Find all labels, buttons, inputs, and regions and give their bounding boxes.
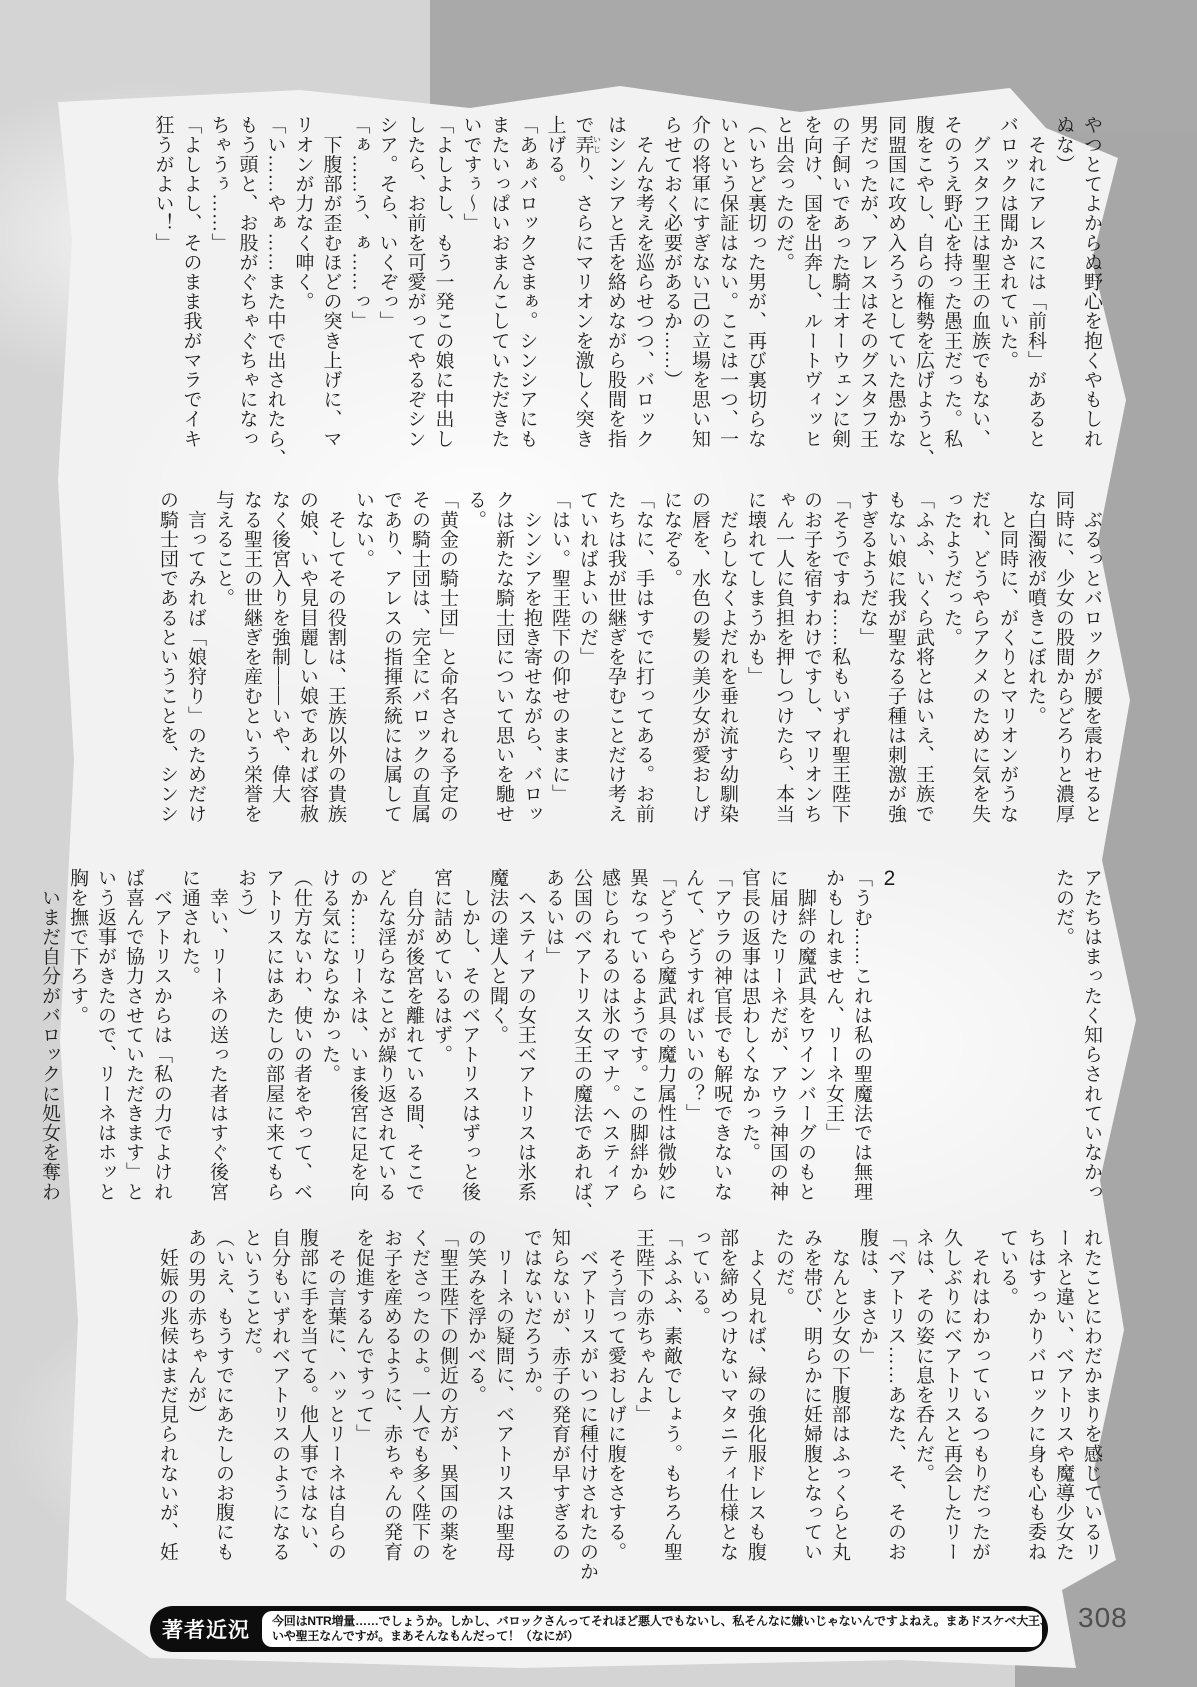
- text-column: に壊れてしまうかも」: [741, 490, 769, 846]
- text-column: ヘスティアの女王ベアトリスは氷系: [511, 868, 539, 1224]
- text-column: またいっぱいおまんこしていただきた: [485, 115, 513, 471]
- text-column: だれ、どうやらアクメのために気を失: [965, 490, 993, 846]
- text-column: そんな考えを巡らせつつ、バロック: [629, 115, 657, 471]
- text-column: その言葉に、ハッとリーネは自らの: [321, 1228, 349, 1584]
- text-column: リオンが力なく呻く。: [289, 115, 317, 471]
- text-column: お子を産めるように、赤ちゃんの発育: [377, 1228, 405, 1584]
- text-column: ベアトリスがいつに種付けされたのか: [573, 1228, 601, 1584]
- text-column: の騎士団であるということを、シンシ: [153, 490, 181, 846]
- text-column: 異なっているようです。この脚絆から: [623, 868, 651, 1224]
- text-column: アたちはまったく知らされていなかっ: [1077, 868, 1105, 1224]
- author-note-box: 著者近況 今回はNTR増量……でしょうか。しかし、バロックさんってそれほど悪人で…: [150, 1606, 1048, 1652]
- text-column: あるいは」: [539, 868, 567, 1224]
- author-note-text-line2: いや聖王なんですが。まあそんなもんだって！（なにが）: [272, 1629, 1032, 1644]
- text-column: ちはすっかりバロックに身も心も委ね: [1021, 1228, 1049, 1584]
- text-column: 「どうやら魔武具の魔力属性は微妙に: [651, 868, 679, 1224]
- text-column: 同盟国に攻め入ろうとしていた愚かな: [881, 115, 909, 471]
- text-column: のお子を宿すわけですし、マリオンち: [797, 490, 825, 846]
- text-column: ネは、その姿に息を呑んだ。: [909, 1228, 937, 1584]
- text-column: の唇を、水色の髪の美少女が愛おしげ: [685, 490, 713, 846]
- text-column: 幸い、リーネの送った者はすぐ後宮: [203, 868, 231, 1224]
- text-column: 王陛下の赤ちゃんよ」: [629, 1228, 657, 1584]
- text-column: ぬな）: [1049, 115, 1077, 471]
- text-column: リーネの疑問に、ベアトリスは聖母: [489, 1228, 517, 1584]
- text-column: かもしれません、リーネ女王」: [819, 868, 847, 1224]
- text-column: 言ってみれば「娘狩り」のためだけ: [181, 490, 209, 846]
- text-column: いない。: [349, 490, 377, 846]
- text-column: 「アウラの神官長でも解呪できないな: [707, 868, 735, 1224]
- text-column: 「い……やぁ……また中で出されたら、: [261, 115, 289, 471]
- text-column: ベアトリスからは「私の力でよけれ: [147, 868, 175, 1224]
- text-column: の娘、いや見目麗しい娘であれば容赦: [293, 490, 321, 846]
- text-column: と同時に、がくりとマリオンがうな: [993, 490, 1021, 846]
- text-column: の笑みを浮かべる。: [461, 1228, 489, 1584]
- text-column: を促進するんですって」: [349, 1228, 377, 1584]
- text-column: 与えること。: [209, 490, 237, 846]
- text-column: 「そうですね……私もいずれ聖王陛下: [825, 490, 853, 846]
- text-column: それはわかっているつもりだったが: [965, 1228, 993, 1584]
- text-column: 自分もいずれベアトリスのようになる: [265, 1228, 293, 1584]
- text-column: 胸を撫で下ろす。: [63, 868, 91, 1224]
- text-column: （いちど裏切った男が、再び裏切らな: [741, 115, 769, 471]
- text-column: と出会ったのだ。: [769, 115, 797, 471]
- text-band-2: ぶるっとバロックが腰を震わせると同時に、少女の股間からどろりと濃厚な白濁液が噴き…: [153, 490, 1105, 846]
- text-column: ちゃうぅ……」: [205, 115, 233, 471]
- text-column: シンシアを抱き寄せながら、バロッ: [517, 490, 545, 846]
- text-column: で弄いじり、さらにマリオンを激しく突き: [569, 115, 602, 471]
- text-column: 下腹部が歪むほどの突き上げに、マ: [317, 115, 345, 471]
- text-column: いう返事がきたので、リーネはホッと: [91, 868, 119, 1224]
- text-column: 「ふふ、いくら武将とはいえ、王族で: [909, 490, 937, 846]
- text-column: 脚絆の魔武具をワインバーグのもと: [791, 868, 819, 1224]
- text-column: らせておく必要があるか……）: [657, 115, 685, 471]
- text-column: くださったのよ。一人でも多く陛下の: [405, 1228, 433, 1584]
- text-column: だらしなくよだれを垂れ流す幼馴染: [713, 490, 741, 846]
- text-column: もない娘に我が聖なる子種は刺激が強: [881, 490, 909, 846]
- text-column: みを帯び、明らかに妊婦腹となってい: [797, 1228, 825, 1584]
- text-column: 狂うがよい！」: [149, 115, 177, 471]
- text-column: いまだ自分がバロックに処女を奪わ: [35, 868, 63, 1224]
- text-column: の子飼いであった騎士オーウェンに剣: [825, 115, 853, 471]
- text-column: 久しぶりにベアトリスと再会したリー: [937, 1228, 965, 1584]
- text-column: 「うむ……これは私の聖魔法では無理: [847, 868, 875, 1224]
- text-column: 宮に詰めているはず。: [427, 868, 455, 1224]
- text-column: はシンシアと舌を絡めながら股間を指: [601, 115, 629, 471]
- text-column: アトリスにはあたしの部屋に来てもら: [259, 868, 287, 1224]
- text-column: ーネと違い、ベアトリスや魔導少女た: [1049, 1228, 1077, 1584]
- text-column: 「はい。聖王陛下の仰せのままに」: [545, 490, 573, 846]
- text-column: あの男の赤ちゃんが）: [181, 1228, 209, 1584]
- text-column: どんな淫らなことが繰り返されている: [371, 868, 399, 1224]
- text-column: しかし、そのベアトリスはずっと後: [455, 868, 483, 1224]
- text-column: たのだ。: [769, 1228, 797, 1584]
- text-column: 官長の返事は思わしくなかった。: [735, 868, 763, 1224]
- text-column: になぞる。: [657, 490, 685, 846]
- text-column: バロックは聞かされていた。: [993, 115, 1021, 471]
- text-column: れたことにわだかまりを感じているリ: [1077, 1228, 1105, 1584]
- text-column: 腹をこやし、自らの権勢を広げようと、: [909, 115, 937, 471]
- section-number: 2: [875, 868, 1049, 1224]
- author-note-body: 今回はNTR増量……でしょうか。しかし、バロックさんってそれほど悪人でもないし、…: [262, 1611, 1042, 1647]
- text-column: に届けたリーネだが、アウラ神国の神: [763, 868, 791, 1224]
- text-column: 妊娠の兆候はまだ見られないが、妊: [153, 1228, 181, 1584]
- text-column: その騎士団は、完全にバロックの直属: [405, 490, 433, 846]
- text-column: やつとてよからぬ野心を抱くやもしれ: [1077, 115, 1105, 471]
- text-column: を向け、国を出奔し、ルートヴィッヒ: [797, 115, 825, 471]
- text-column: ている。: [993, 1228, 1021, 1584]
- text-column: そのうえ野心を持った愚王だった。私: [937, 115, 965, 471]
- text-column: おう）: [231, 868, 259, 1224]
- text-column: もう頭と、お股がぐちゃぐちゃになっ: [233, 115, 261, 471]
- text-column: ていればよいのだ」: [573, 490, 601, 846]
- text-column: に通された。: [175, 868, 203, 1224]
- text-column: っている。: [685, 1228, 713, 1584]
- text-column: 魔法の達人と聞く。: [483, 868, 511, 1224]
- text-column: そしてその役割は、王族以外の貴族: [321, 490, 349, 846]
- text-column: ではないだろうか。: [517, 1228, 545, 1584]
- text-column: それにアレスには「前科」があると: [1021, 115, 1049, 471]
- text-column: 同時に、少女の股間からどろりと濃厚: [1049, 490, 1077, 846]
- text-column: 上げる。: [541, 115, 569, 471]
- text-column: 知らないが、赤子の発育が早すぎるの: [545, 1228, 573, 1584]
- text-column: ゃん一人に負担を押しつけたら、本当: [769, 490, 797, 846]
- text-column: 「あぁバロックさまぁ。シンシアにも: [513, 115, 541, 471]
- text-column: いという保証はない。ここは一つ、一: [713, 115, 741, 471]
- text-column: 介の将軍にすぎない己の立場を思い知: [685, 115, 713, 471]
- author-note-text-line1: 今回はNTR増量……でしょうか。しかし、バロックさんってそれほど悪人でもないし、…: [272, 1614, 1032, 1629]
- text-column: シア。そら、いくぞっ」: [373, 115, 401, 471]
- text-column: たちは我が世継ぎを孕むことだけ考え: [601, 490, 629, 846]
- author-note-label: 著者近況: [150, 1614, 262, 1644]
- text-column: であり、アレスの指揮系統には属して: [377, 490, 405, 846]
- text-column: 「ぁ……う、ぁ……っ」: [345, 115, 373, 471]
- text-column: なる聖王の世継ぎを産むという栄誉を: [237, 490, 265, 846]
- text-column: 「ふふふ、素敵でしょう。もちろん聖: [657, 1228, 685, 1584]
- text-column: ば喜んで協力させていただきます」と: [119, 868, 147, 1224]
- text-column: 部を締めつけないマタニティ仕様とな: [713, 1228, 741, 1584]
- text-column: 「聖王陛下の側近の方が、異国の薬を: [433, 1228, 461, 1584]
- text-column: （仕方ないわ、使いの者をやって、ベ: [287, 868, 315, 1224]
- text-column: ぶるっとバロックが腰を震わせると: [1077, 490, 1105, 846]
- text-column: ということだ。: [237, 1228, 265, 1584]
- text-column: んて、どうすればいいの？」: [679, 868, 707, 1224]
- text-column: 自分が後宮を離れている間、そこで: [399, 868, 427, 1224]
- text-column: 「よしよし、そのまま我がマラでイキ: [177, 115, 205, 471]
- page-number: 308: [1078, 1602, 1128, 1634]
- text-column: 「ベアトリス……あなた、そ、そのお: [881, 1228, 909, 1584]
- text-band-1: やつとてよからぬ野心を抱くやもしれぬな） それにアレスには「前科」があるとバロッ…: [149, 115, 1106, 471]
- text-column: よく見れば、緑の強化服ドレスも腹: [741, 1228, 769, 1584]
- text-band-4: れたことにわだかまりを感じているリーネと違い、ベアトリスや魔導少女たちはすっかり…: [153, 1228, 1105, 1584]
- text-column: る。: [461, 490, 489, 846]
- text-column: ける気にならなかった。: [315, 868, 343, 1224]
- text-column: 腹は、まさか」: [853, 1228, 881, 1584]
- text-column: たのだ。: [1049, 868, 1077, 1224]
- text-column: 公国のベアトリス女王の魔法であれば、: [567, 868, 595, 1224]
- scanned-novel-page: { "page_number": "308", "footer": { "lab…: [0, 0, 1197, 1687]
- text-column: そう言って愛おしげに腹をさする。: [601, 1228, 629, 1584]
- text-column: 男だったが、アレスはそのグスタフ王: [853, 115, 881, 471]
- text-column: なんと少女の下腹部はふっくらと丸: [825, 1228, 853, 1584]
- text-column: 「よしよし、もう一発この娘に中出し: [429, 115, 457, 471]
- text-column: クは新たな騎士団について思いを馳せ: [489, 490, 517, 846]
- text-column: （いえ、もうすでにあたしのお腹にも: [209, 1228, 237, 1584]
- text-column: な白濁液が噴きこぼれた。: [1021, 490, 1049, 846]
- text-column: したら、お前を可愛がってやるぞシン: [401, 115, 429, 471]
- text-column: 腹部に手を当てる。他人事ではない、: [293, 1228, 321, 1584]
- text-column: いですぅ〜」: [457, 115, 485, 471]
- text-column: 「なに、手はすでに打ってある。お前: [629, 490, 657, 846]
- text-column: すぎるようだな」: [853, 490, 881, 846]
- text-column: のか……リーネは、いま後宮に足を向: [343, 868, 371, 1224]
- text-column: グスタフ王は聖王の血族でもない、: [965, 115, 993, 471]
- text-column: 感じられるのは氷のマナ。ヘスティア: [595, 868, 623, 1224]
- text-column: 「黄金の騎士団」と命名される予定の: [433, 490, 461, 846]
- text-band-3: アたちはまったく知らされていなかったのだ。2「うむ……これは私の聖魔法では無理か…: [35, 868, 1105, 1224]
- text-column: なく後宮入りを強制――いや、偉大: [265, 490, 293, 846]
- text-column: ったようだった。: [937, 490, 965, 846]
